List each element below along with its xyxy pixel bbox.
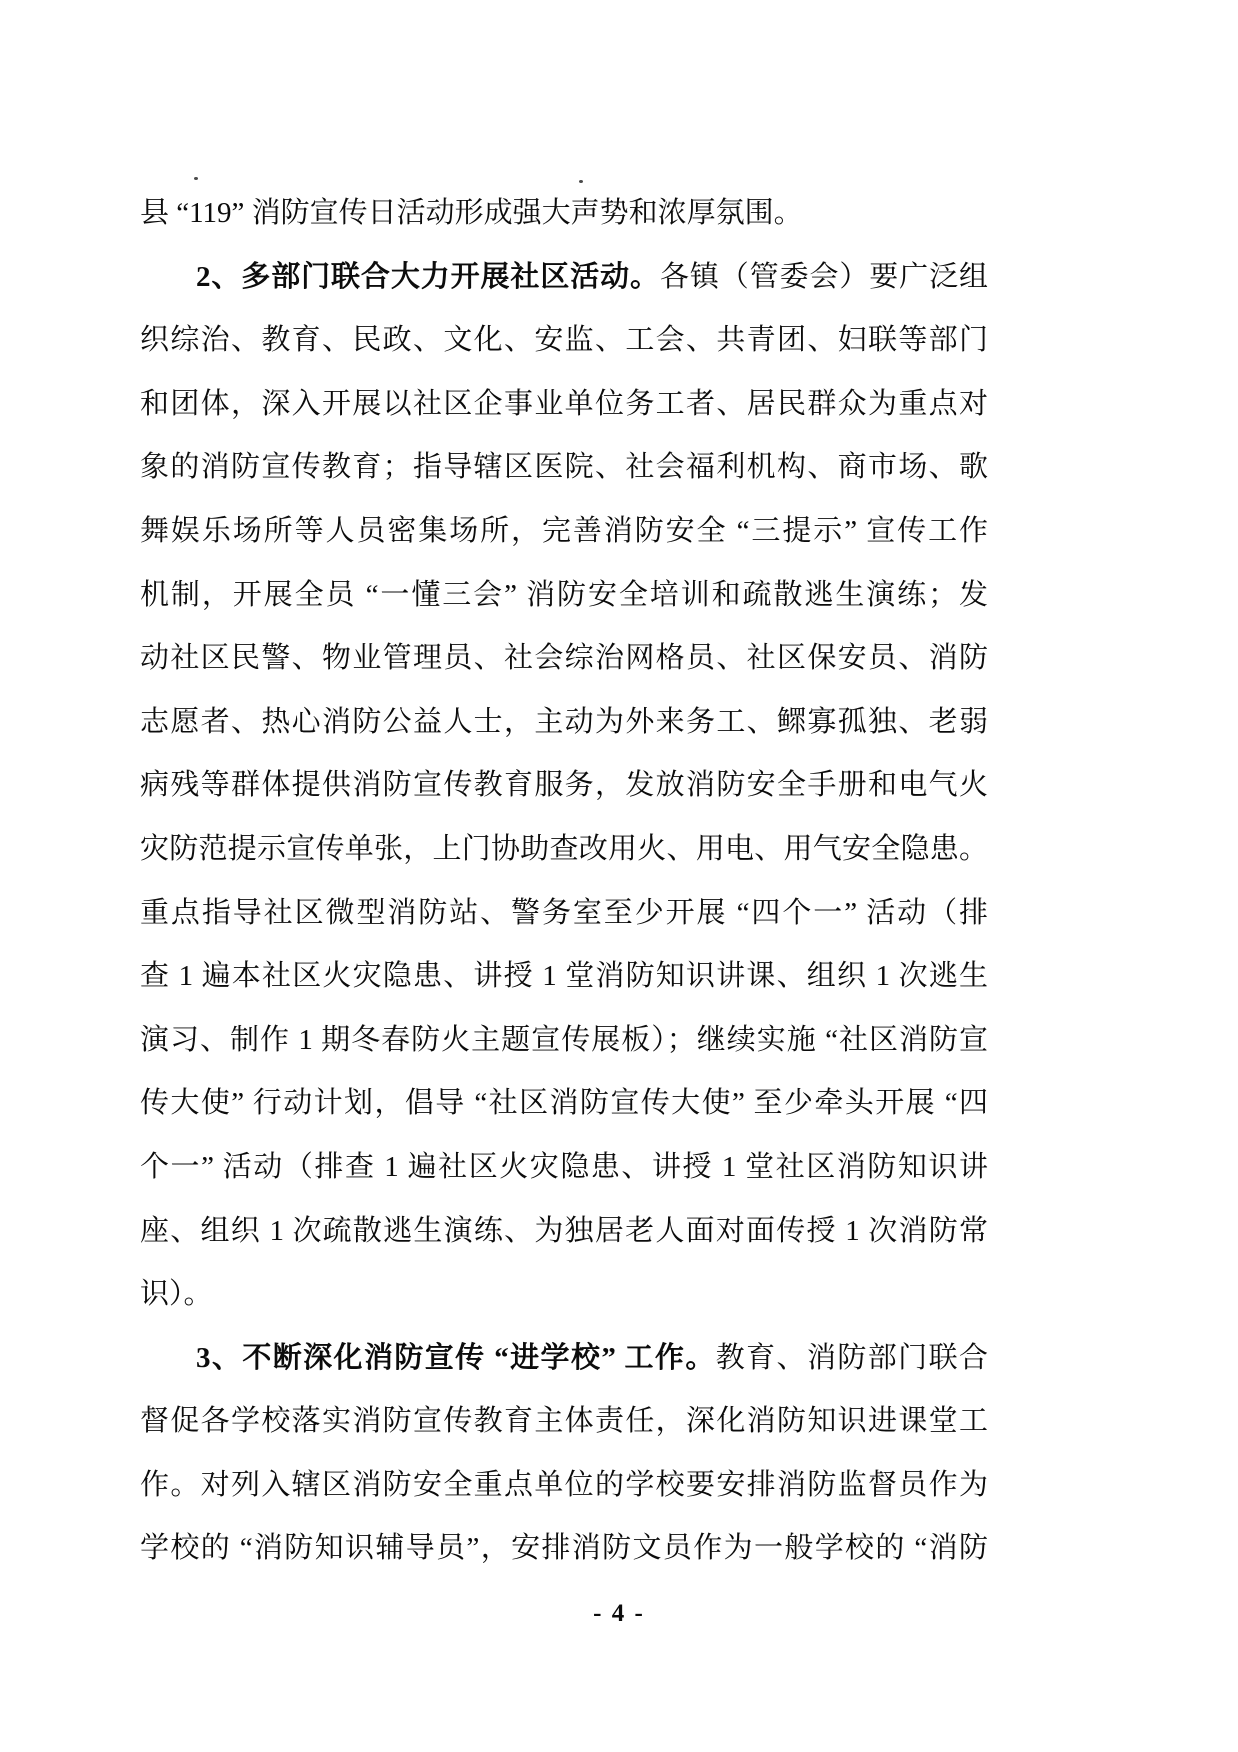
text-line: 重点指导社区微型消防站、警务室至少开展 “四个一” 活动（排 xyxy=(140,882,988,946)
text-line: 座、组织 1 次疏散逃生演练、为独居老人面对面传授 1 次消防常 xyxy=(140,1200,988,1264)
text-line: 2、多部门联合大力开展社区活动。各镇（管委会）要广泛组 xyxy=(140,246,988,310)
text-line: 个一” 活动（排查 1 遍社区火灾隐患、讲授 1 堂社区消防知识讲 xyxy=(140,1136,988,1200)
body-text: 各镇（管委会）要广泛组 xyxy=(660,261,988,293)
text-line: 病残等群体提供消防宣传教育服务，发放消防安全手册和电气火 xyxy=(140,754,988,818)
text-line: 3、不断深化消防宣传 “进学校” 工作。教育、消防部门联合 xyxy=(140,1327,988,1391)
text-line: 识）。 xyxy=(140,1263,988,1327)
text-line: 演习、制作 1 期冬春防火主题宣传展板）；继续实施 “社区消防宣 xyxy=(140,1009,988,1073)
text-line: 作。对列入辖区消防安全重点单位的学校要安排消防监督员作为 xyxy=(140,1454,988,1518)
document-text: 县 “119” 消防宣传日活动形成强大声势和浓厚氛围。 2、多部门联合大力开展社… xyxy=(140,182,988,1581)
text-line: 舞娱乐场所等人员密集场所，完善消防安全 “三提示” 宣传工作 xyxy=(140,500,988,564)
heading-text: 2、多部门联合大力开展社区活动。 xyxy=(196,261,660,293)
text-line: 灾防范提示宣传单张，上门协助查改用火、用电、用气安全隐患。 xyxy=(140,818,988,882)
text-line: 机制，开展全员 “一懂三会” 消防安全培训和疏散逃生演练；发 xyxy=(140,564,988,628)
text-line: 学校的 “消防知识辅导员”，安排消防文员作为一般学校的 “消防 xyxy=(140,1517,988,1581)
body-text: 教育、消防部门联合 xyxy=(716,1342,988,1374)
text-line: 县 “119” 消防宣传日活动形成强大声势和浓厚氛围。 xyxy=(140,182,988,246)
text-line: 象的消防宣传教育；指导辖区医院、社会福利机构、商市场、歌 xyxy=(140,436,988,500)
text-line: 志愿者、热心消防公益人士，主动为外来务工、鳏寡孤独、老弱 xyxy=(140,691,988,755)
heading-text: 3、不断深化消防宣传 “进学校” 工作。 xyxy=(196,1342,716,1374)
text-line: 和团体，深入开展以社区企事业单位务工者、居民群众为重点对 xyxy=(140,373,988,437)
scan-speck xyxy=(194,177,198,180)
text-line: 督促各学校落实消防宣传教育主体责任，深化消防知识进课堂工 xyxy=(140,1390,988,1454)
page-number: - 4 - xyxy=(0,1600,1238,1628)
text-line: 动社区民警、物业管理员、社会综治网格员、社区保安员、消防 xyxy=(140,627,988,691)
text-line: 传大使” 行动计划，倡导 “社区消防宣传大使” 至少牵头开展 “四 xyxy=(140,1072,988,1136)
document-page: 县 “119” 消防宣传日活动形成强大声势和浓厚氛围。 2、多部门联合大力开展社… xyxy=(0,0,1238,1752)
text-line: 织综治、教育、民政、文化、安监、工会、共青团、妇联等部门 xyxy=(140,309,988,373)
text-line: 查 1 遍本社区火灾隐患、讲授 1 堂消防知识讲课、组织 1 次逃生 xyxy=(140,945,988,1009)
